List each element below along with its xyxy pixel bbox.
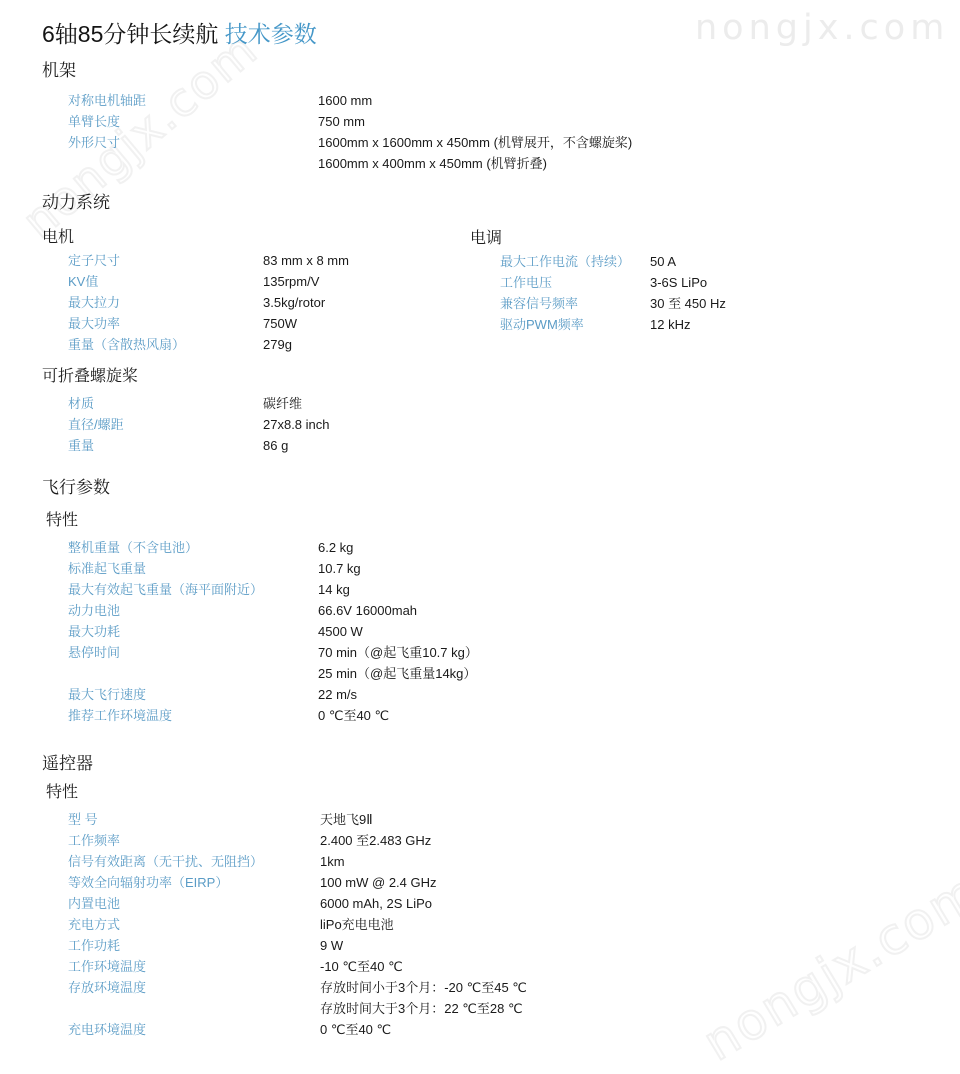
spec-value: 1km [320, 851, 345, 872]
watermark-top-right: nongjx.com [695, 8, 949, 48]
spec-value-line: 9 W [320, 935, 343, 956]
spec-value: 存放时间小于3个月：-20 ℃至45 ℃存放时间大于3个月：22 ℃至28 ℃ [320, 977, 527, 1019]
spec-label: 存放环境温度 [42, 977, 320, 998]
spec-row: 最大拉力3.5kg/rotor [42, 292, 349, 313]
spec-value: 30 至 450 Hz [650, 293, 726, 314]
spec-value: 3.5kg/rotor [263, 292, 325, 313]
spec-label: 动力电池 [42, 600, 318, 621]
spec-value: 3-6S LiPo [650, 272, 707, 293]
spec-label: 定子尺寸 [42, 250, 263, 271]
spec-value: 12 kHz [650, 314, 690, 335]
spec-value-line: 1600mm x 400mm x 450mm (机臂折叠) [318, 153, 632, 174]
spec-row: 推荐工作环境温度0 ℃至40 ℃ [42, 705, 478, 726]
spec-value-line: 0 ℃至40 ℃ [318, 705, 389, 726]
spec-value: 70 min（@起飞重10.7 kg）25 min（@起飞重量14kg） [318, 642, 478, 684]
spec-table-motor: 定子尺寸83 mm x 8 mmKV值135rpm/V最大拉力3.5kg/rot… [42, 250, 349, 355]
spec-value: 6000 mAh, 2S LiPo [320, 893, 432, 914]
spec-value-line: 3.5kg/rotor [263, 292, 325, 313]
watermark-rotated-bottom-right: nongjx.com [681, 855, 960, 1074]
spec-value-line: 天地飞9Ⅱ [320, 809, 373, 830]
spec-row: 悬停时间70 min（@起飞重10.7 kg）25 min（@起飞重量14kg） [42, 642, 478, 684]
spec-value-line: 50 A [650, 251, 676, 272]
spec-label: 最大功率 [42, 313, 263, 334]
spec-row: 定子尺寸83 mm x 8 mm [42, 250, 349, 271]
spec-value-line: 0 ℃至40 ℃ [320, 1019, 391, 1040]
spec-value-line: 279g [263, 334, 292, 355]
spec-label: 材质 [42, 393, 263, 414]
spec-value: 66.6V 16000mah [318, 600, 417, 621]
page-title: 6轴85分钟长续航 技术参数 [42, 18, 317, 50]
spec-label: 悬停时间 [42, 642, 318, 663]
page-title-accent: 技术参数 [225, 21, 317, 47]
spec-value-line: 135rpm/V [263, 271, 319, 292]
spec-label: 驱动PWM频率 [474, 314, 650, 335]
spec-value-line: -10 ℃至40 ℃ [320, 956, 403, 977]
spec-value: 86 g [263, 435, 288, 456]
spec-row: 直径/螺距27x8.8 inch [42, 414, 330, 435]
spec-value-line: 66.6V 16000mah [318, 600, 417, 621]
spec-value-line: 存放时间大于3个月：22 ℃至28 ℃ [320, 998, 527, 1019]
spec-label: 标准起飞重量 [42, 558, 318, 579]
spec-row: 工作环境温度-10 ℃至40 ℃ [42, 956, 527, 977]
spec-value: 9 W [320, 935, 343, 956]
spec-row: 兼容信号频率30 至 450 Hz [474, 293, 726, 314]
spec-label: 外形尺寸 [42, 132, 318, 153]
spec-label: KV值 [42, 271, 263, 292]
spec-value-line: 750W [263, 313, 297, 334]
spec-label: 内置电池 [42, 893, 320, 914]
spec-value-line: 3-6S LiPo [650, 272, 707, 293]
spec-row: 工作电压3-6S LiPo [474, 272, 726, 293]
spec-value: 14 kg [318, 579, 350, 600]
spec-value: 2.400 至2.483 GHz [320, 830, 431, 851]
spec-row: 驱动PWM频率12 kHz [474, 314, 726, 335]
spec-value-line: 14 kg [318, 579, 350, 600]
spec-label: 推荐工作环境温度 [42, 705, 318, 726]
spec-value-line: 86 g [263, 435, 288, 456]
spec-label: 等效全向辐射功率（EIRP） [42, 872, 320, 893]
spec-label: 型 号 [42, 809, 320, 830]
spec-row: 重量（含散热风扇）279g [42, 334, 349, 355]
spec-label: 最大有效起飞重量（海平面附近） [42, 579, 318, 600]
spec-row: 内置电池6000 mAh, 2S LiPo [42, 893, 527, 914]
subsection-heading-propeller: 可折叠螺旋桨 [42, 366, 138, 387]
section-heading-power-system: 动力系统 [42, 192, 110, 214]
spec-value: 1600mm x 1600mm x 450mm (机臂展开，不含螺旋桨)1600… [318, 132, 632, 174]
spec-value: 碳纤维 [263, 393, 302, 414]
spec-value: 50 A [650, 251, 676, 272]
spec-label: 最大飞行速度 [42, 684, 318, 705]
spec-value-line: liPo充电电池 [320, 914, 394, 935]
spec-value: 6.2 kg [318, 537, 353, 558]
spec-table-remote: 型 号天地飞9Ⅱ工作频率2.400 至2.483 GHz信号有效距离（无干扰、无… [42, 809, 527, 1040]
spec-value: 10.7 kg [318, 558, 361, 579]
spec-label: 工作环境温度 [42, 956, 320, 977]
spec-row: 信号有效距离（无干扰、无阻挡）1km [42, 851, 527, 872]
spec-value: 83 mm x 8 mm [263, 250, 349, 271]
spec-row: 动力电池66.6V 16000mah [42, 600, 478, 621]
spec-value: 1600 mm [318, 90, 372, 111]
spec-value-line: 750 mm [318, 111, 365, 132]
subsection-heading-remote-features: 特性 [46, 782, 78, 803]
spec-value: 279g [263, 334, 292, 355]
spec-value: -10 ℃至40 ℃ [320, 956, 403, 977]
spec-row: 整机重量（不含电池）6.2 kg [42, 537, 478, 558]
section-heading-frame: 机架 [42, 60, 76, 82]
spec-label: 充电环境温度 [42, 1019, 320, 1040]
spec-value-line: 1km [320, 851, 345, 872]
spec-label: 工作功耗 [42, 935, 320, 956]
spec-value-line: 6000 mAh, 2S LiPo [320, 893, 432, 914]
spec-label: 重量（含散热风扇） [42, 334, 263, 355]
spec-value: 135rpm/V [263, 271, 319, 292]
spec-value-line: 1600mm x 1600mm x 450mm (机臂展开，不含螺旋桨) [318, 132, 632, 153]
spec-label: 最大工作电流（持续） [474, 251, 650, 272]
spec-row: 工作频率2.400 至2.483 GHz [42, 830, 527, 851]
spec-label: 直径/螺距 [42, 414, 263, 435]
spec-value-line: 10.7 kg [318, 558, 361, 579]
spec-label: 工作电压 [474, 272, 650, 293]
spec-label: 兼容信号频率 [474, 293, 650, 314]
spec-value: 4500 W [318, 621, 363, 642]
spec-row: 最大飞行速度22 m/s [42, 684, 478, 705]
spec-row: 最大有效起飞重量（海平面附近）14 kg [42, 579, 478, 600]
spec-value: 天地飞9Ⅱ [320, 809, 373, 830]
spec-label: 单臂长度 [42, 111, 318, 132]
spec-row: 充电环境温度0 ℃至40 ℃ [42, 1019, 527, 1040]
spec-value-line: 22 m/s [318, 684, 357, 705]
spec-value-line: 100 mW @ 2.4 GHz [320, 872, 437, 893]
spec-value: 100 mW @ 2.4 GHz [320, 872, 437, 893]
spec-row: 工作功耗9 W [42, 935, 527, 956]
subsection-heading-esc: 电调 [470, 228, 502, 249]
spec-label: 工作频率 [42, 830, 320, 851]
spec-value-line: 碳纤维 [263, 393, 302, 414]
spec-label: 对称电机轴距 [42, 90, 318, 111]
spec-value-line: 70 min（@起飞重10.7 kg） [318, 642, 478, 663]
spec-row: 最大工作电流（持续）50 A [474, 251, 726, 272]
spec-value: 22 m/s [318, 684, 357, 705]
section-heading-flight-params: 飞行参数 [42, 477, 110, 499]
spec-label: 最大功耗 [42, 621, 318, 642]
spec-value-line: 12 kHz [650, 314, 690, 335]
spec-row: 存放环境温度存放时间小于3个月：-20 ℃至45 ℃存放时间大于3个月：22 ℃… [42, 977, 527, 1019]
spec-value: 750 mm [318, 111, 365, 132]
spec-row: 最大功耗4500 W [42, 621, 478, 642]
spec-value-line: 25 min（@起飞重量14kg） [318, 663, 478, 684]
spec-label: 信号有效距离（无干扰、无阻挡） [42, 851, 320, 872]
spec-row: 最大功率750W [42, 313, 349, 334]
spec-value: 0 ℃至40 ℃ [320, 1019, 391, 1040]
spec-row: 充电方式liPo充电电池 [42, 914, 527, 935]
spec-table-frame: 对称电机轴距1600 mm单臂长度750 mm外形尺寸1600mm x 1600… [42, 90, 632, 174]
spec-value-line: 27x8.8 inch [263, 414, 330, 435]
spec-row: 材质碳纤维 [42, 393, 330, 414]
spec-value-line: 83 mm x 8 mm [263, 250, 349, 271]
spec-value: 750W [263, 313, 297, 334]
section-heading-remote: 遥控器 [42, 753, 93, 775]
spec-value-line: 6.2 kg [318, 537, 353, 558]
spec-label: 充电方式 [42, 914, 320, 935]
spec-label: 最大拉力 [42, 292, 263, 313]
page-title-main: 6轴85分钟长续航 [42, 21, 218, 47]
spec-value: 27x8.8 inch [263, 414, 330, 435]
spec-row: 对称电机轴距1600 mm [42, 90, 632, 111]
spec-row: 等效全向辐射功率（EIRP）100 mW @ 2.4 GHz [42, 872, 527, 893]
spec-row: KV值135rpm/V [42, 271, 349, 292]
subsection-heading-flight-features: 特性 [46, 510, 78, 531]
spec-value-line: 2.400 至2.483 GHz [320, 830, 431, 851]
subsection-heading-motor: 电机 [42, 227, 74, 248]
spec-row: 外形尺寸1600mm x 1600mm x 450mm (机臂展开，不含螺旋桨)… [42, 132, 632, 174]
spec-row: 重量86 g [42, 435, 330, 456]
spec-table-esc: 最大工作电流（持续）50 A工作电压3-6S LiPo兼容信号频率30 至 45… [470, 251, 726, 335]
spec-value-line: 4500 W [318, 621, 363, 642]
spec-row: 单臂长度750 mm [42, 111, 632, 132]
spec-value-line: 30 至 450 Hz [650, 293, 726, 314]
spec-label: 整机重量（不含电池） [42, 537, 318, 558]
spec-value-line: 1600 mm [318, 90, 372, 111]
spec-label: 重量 [42, 435, 263, 456]
spec-value-line: 存放时间小于3个月：-20 ℃至45 ℃ [320, 977, 527, 998]
spec-value: liPo充电电池 [320, 914, 394, 935]
spec-table-propeller: 材质碳纤维直径/螺距27x8.8 inch重量86 g [42, 393, 330, 456]
spec-row: 标准起飞重量10.7 kg [42, 558, 478, 579]
spec-table-flight: 整机重量（不含电池）6.2 kg标准起飞重量10.7 kg最大有效起飞重量（海平… [42, 537, 478, 726]
spec-value: 0 ℃至40 ℃ [318, 705, 389, 726]
spec-row: 型 号天地飞9Ⅱ [42, 809, 527, 830]
